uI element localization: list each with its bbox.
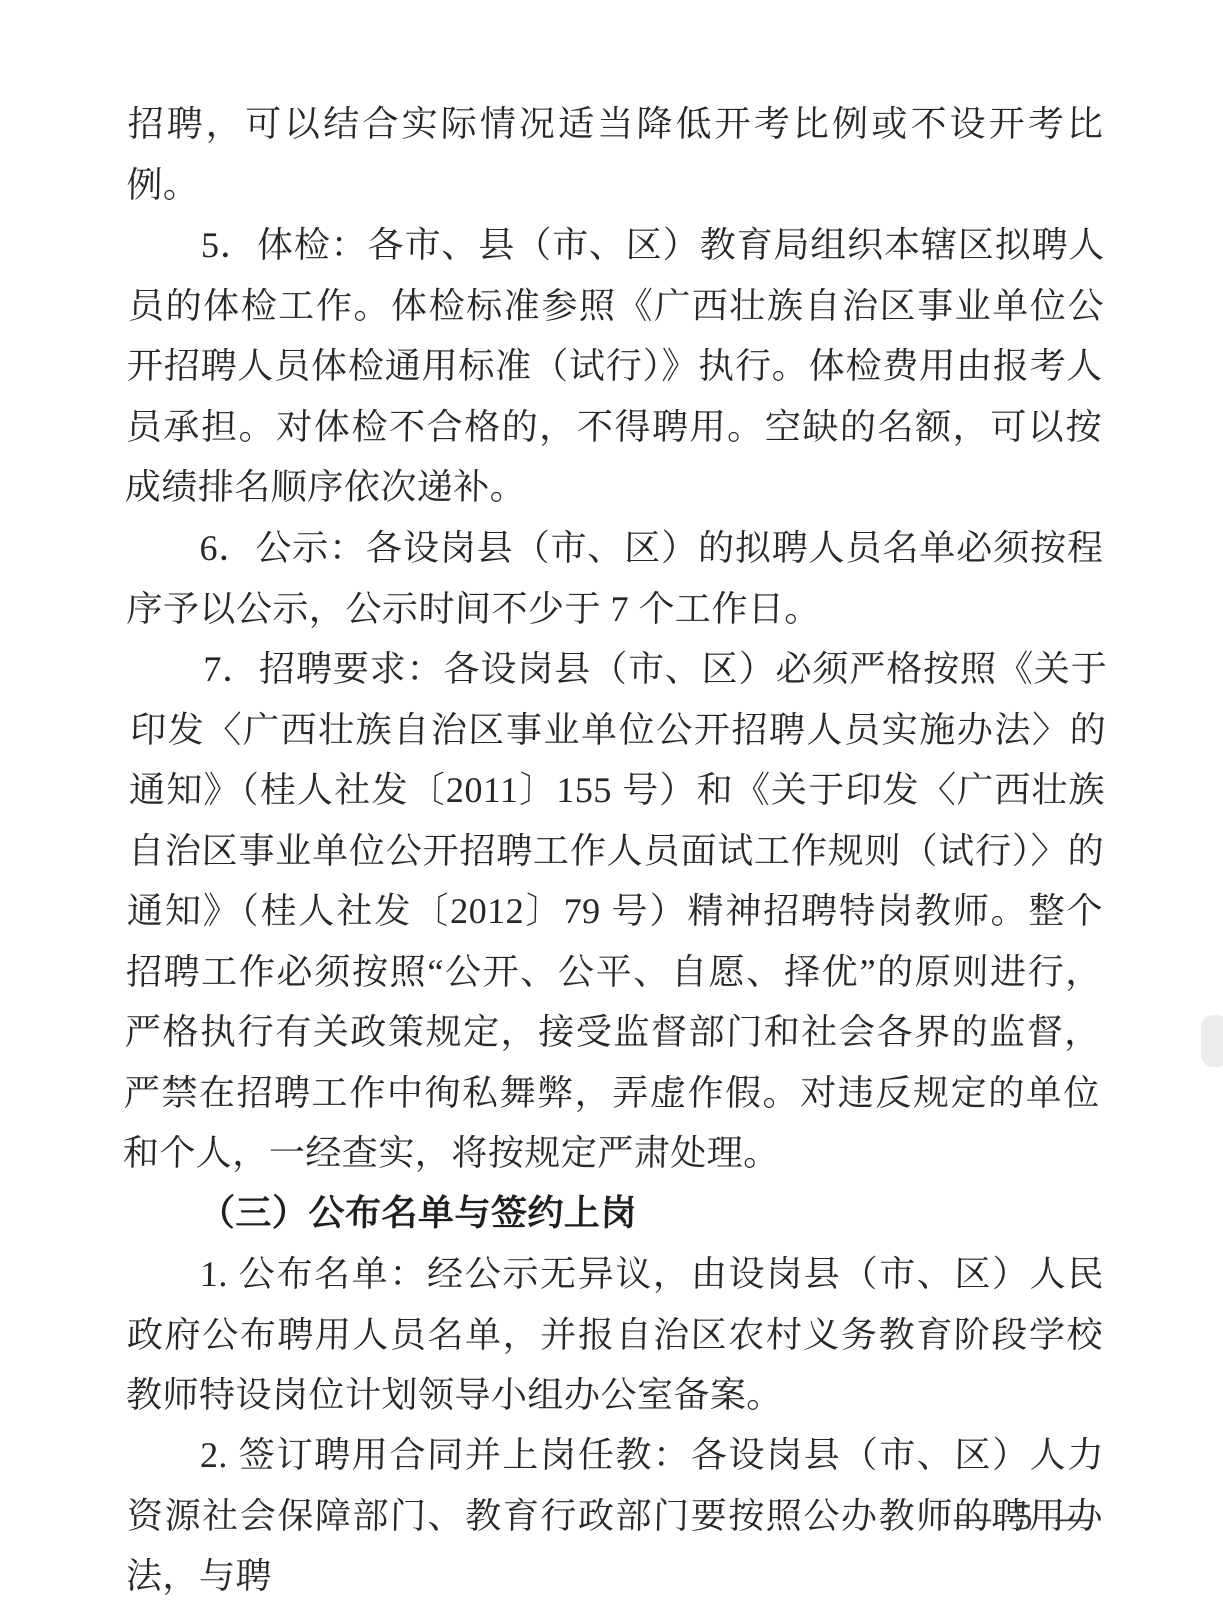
paragraph-item-6-public-notice: 6．公示：各设岗县（市、区）的拟聘人员名单必须按程序予以公示，公示时间不少于 7… [126, 518, 1104, 639]
document-page: 招聘，可以结合实际情况适当降低开考比例或不设开考比例。 5．体检：各市、县（市、… [0, 0, 1223, 1608]
continuation-paragraph: 招聘，可以结合实际情况适当降低开考比例或不设开考比例。 [126, 94, 1104, 215]
paragraph-item-5-physical-exam: 5．体检：各市、县（市、区）教育局组织本辖区拟聘人员的体检工作。体检标准参照《广… [124, 215, 1105, 518]
document-body: 招聘，可以结合实际情况适当降低开考比例或不设开考比例。 5．体检：各市、县（市、… [127, 94, 1103, 1607]
page-number: — 5 — [127, 1496, 1096, 1540]
scrollbar-thumb[interactable] [1201, 1015, 1223, 1067]
paragraph-item-1-announce-list: 1. 公布名单：经公示无异议，由设岗县（市、区）人民政府公布聘用人员名单，并报自… [125, 1244, 1104, 1426]
paragraph-item-7-recruitment-requirements: 7．招聘要求：各设岗县（市、区）必须严格按照《关于印发〈广西壮族自治区事业单位公… [122, 639, 1108, 1184]
section-heading: （三）公布名单与签约上岗 [126, 1183, 1103, 1244]
